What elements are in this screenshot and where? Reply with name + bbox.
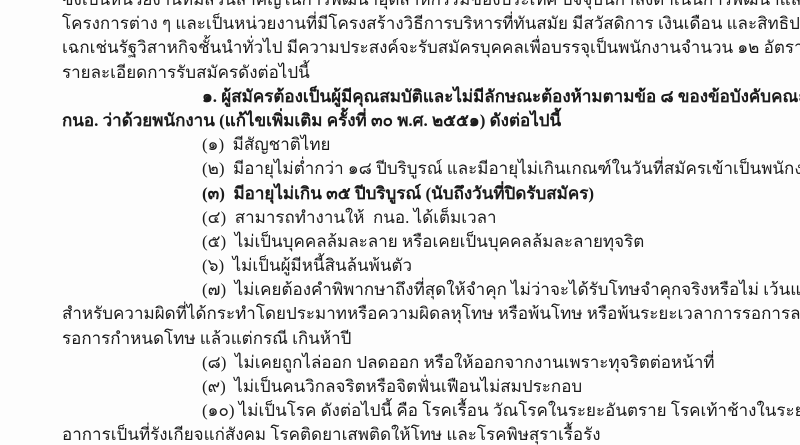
document-line: (๕) ไม่เป็นบุคคลล้มละลาย หรือเคยเป็นบุคค…: [62, 230, 798, 254]
document-line: (๙) ไม่เป็นคนวิกลจริตหรือจิตฟั่นเฟือนไม่…: [62, 375, 798, 399]
document-line: (๒) มีอายุไม่ต่ำกว่า ๑๘ ปีบริบูรณ์ และมี…: [62, 157, 798, 181]
document-body: ซึ่งเป็นหน่วยงานที่มีส่วนสำคัญในการพัฒนา…: [62, 0, 798, 445]
document-line: อาการเป็นที่รังเกียจแก่สังคม โรคติดยาเสพ…: [62, 423, 798, 445]
document-line: กนอ. ว่าด้วยพนักงาน (แก้ไขเพิ่มเติม ครั้…: [62, 109, 798, 133]
document-page: ซึ่งเป็นหน่วยงานที่มีส่วนสำคัญในการพัฒนา…: [0, 0, 800, 445]
document-line: สำหรับความผิดที่ได้กระทำโดยประมาทหรือควา…: [62, 302, 798, 326]
document-line: (๔) สามารถทำงานให้ กนอ. ได้เต็มเวลา: [62, 206, 798, 230]
document-line: โครงการต่าง ๆ และเป็นหน่วยงานที่มีโครงสร…: [62, 12, 798, 36]
document-line: (๗) ไม่เคยต้องคำพิพากษาถึงที่สุดให้จำคุก…: [62, 278, 798, 302]
document-line: รอการกำหนดโทษ แล้วแต่กรณี เกินห้าปี: [62, 327, 798, 351]
document-line: ๑. ผู้สมัครต้องเป็นผู้มีคุณสมบัติและไม่ม…: [62, 85, 798, 109]
document-line: (๘) ไม่เคยถูกไล่ออก ปลดออก หรือให้ออกจาก…: [62, 351, 798, 375]
document-line: ซึ่งเป็นหน่วยงานที่มีส่วนสำคัญในการพัฒนา…: [62, 0, 798, 12]
document-line: (๓) มีอายุไม่เกิน ๓๕ ปีบริบูรณ์ (นับถึงว…: [62, 182, 798, 206]
document-line: (๑) มีสัญชาติไทย: [62, 133, 798, 157]
document-line: เฉกเช่นรัฐวิสาหกิจชั้นนำทั่วไป มีความประ…: [62, 36, 798, 60]
document-line: (๖) ไม่เป็นผู้มีหนี้สินล้นพ้นตัว: [62, 254, 798, 278]
document-line: (๑๐) ไม่เป็นโรค ดังต่อไปนี้ คือ โรคเรื้อ…: [62, 399, 798, 423]
document-line: รายละเอียดการรับสมัครดังต่อไปนี้: [62, 61, 798, 85]
